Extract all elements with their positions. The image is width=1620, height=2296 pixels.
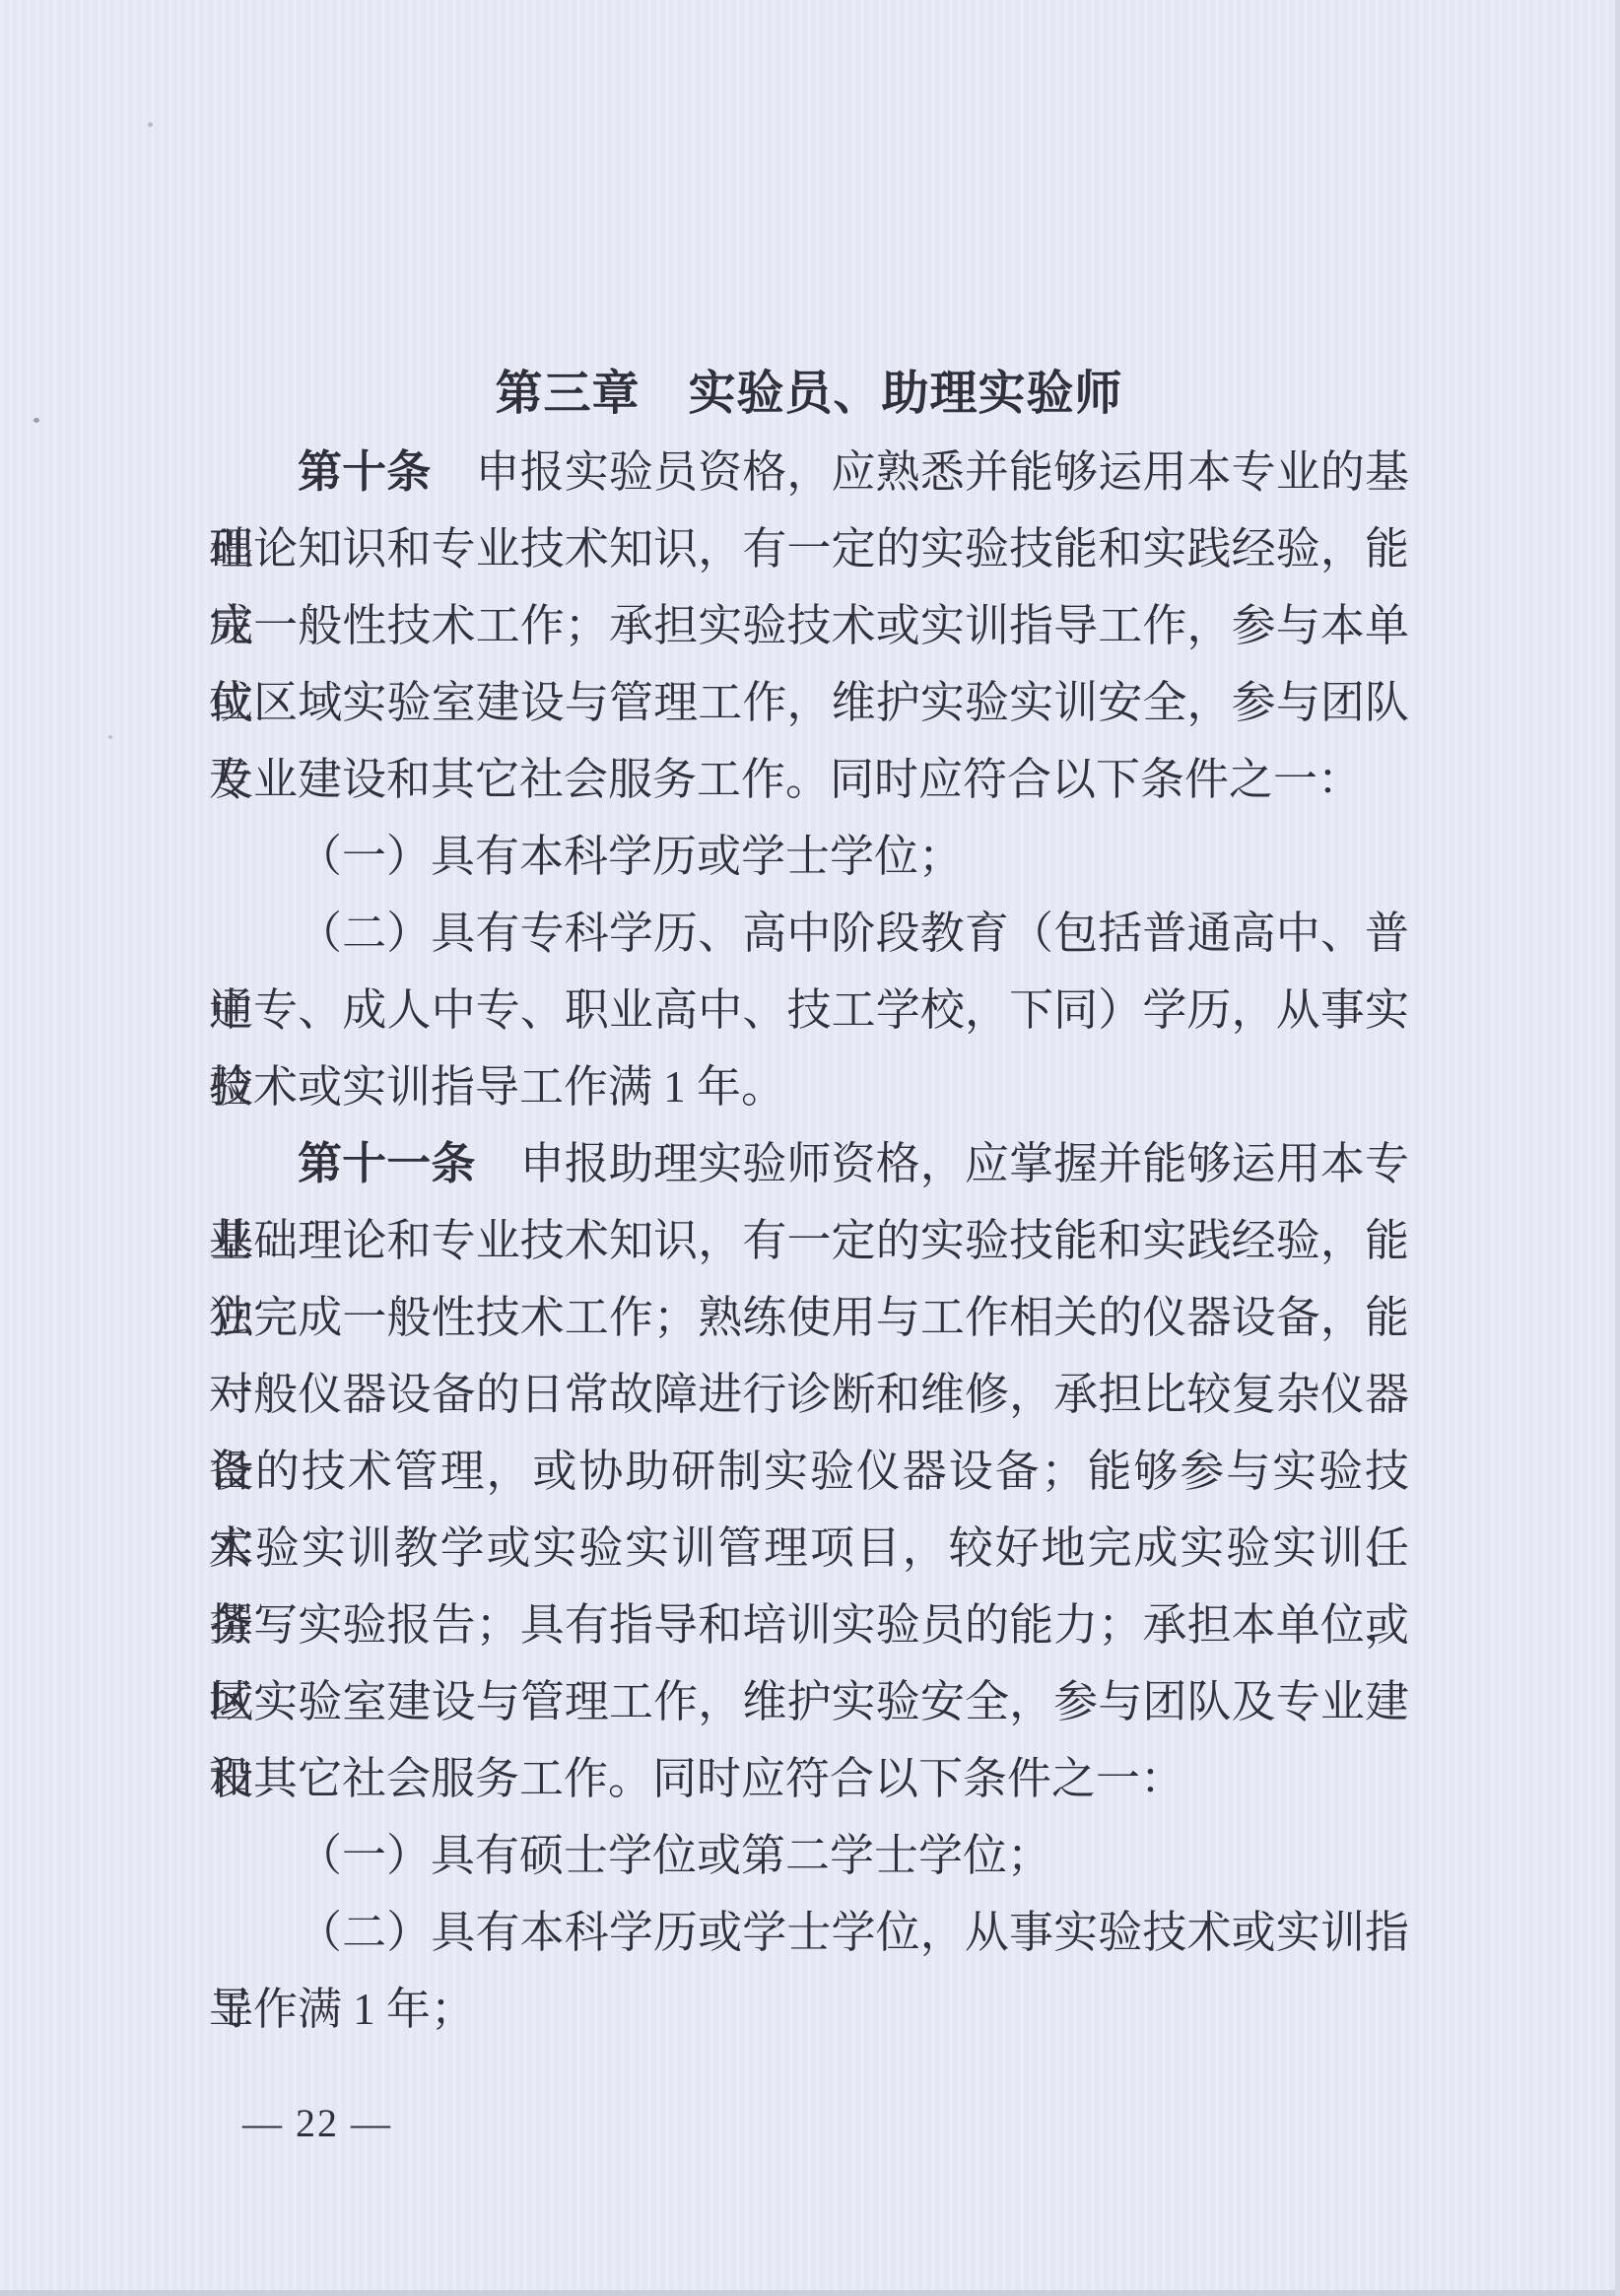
text-line: 和其它社会服务工作。同时应符合以下条件之一： xyxy=(209,1740,1409,1817)
text-line: 理论知识和专业技术知识，有一定的实验技能和实践经验，能完 xyxy=(209,510,1409,587)
line-text: 技术或实训指导工作满 1 年。 xyxy=(209,1062,785,1112)
text-line: 中专、成人中专、职业高中、技工学校，下同）学历，从事实验 xyxy=(209,972,1409,1048)
text-line: 撰写实验报告；具有指导和培训实验员的能力；承担本单位或区 xyxy=(209,1587,1409,1663)
text-line: （一）具有硕士学位或第二学士学位； xyxy=(209,1817,1409,1894)
text-line: 第十条 申报实验员资格，应熟悉并能够运用本专业的基础 xyxy=(209,434,1409,510)
scan-speck xyxy=(148,122,153,127)
text-line: 立完成一般性技术工作；熟练使用与工作相关的仪器设备，能对 xyxy=(209,1279,1409,1356)
line-text: （一）具有硕士学位或第二学士学位； xyxy=(298,1831,1051,1880)
text-line: （二）具有本科学历或学士学位，从事实验技术或实训指导 xyxy=(209,1894,1409,1971)
text-line: 基础理论和专业技术知识，有一定的实验技能和实践经验，能独 xyxy=(209,1202,1409,1279)
document-body: 第十条 申报实验员资格，应熟悉并能够运用本专业的基础 理论知识和专业技术知识，有… xyxy=(209,434,1409,2048)
text-line: 或区域实验室建设与管理工作，维护实验实训安全，参与团队及 xyxy=(209,664,1409,741)
article-number: 第十条 xyxy=(298,446,431,497)
scan-speck xyxy=(34,418,39,423)
scan-edge-artifact xyxy=(1615,0,1620,2296)
text-line: （二）具有专科学历、高中阶段教育（包括普通高中、普通 xyxy=(209,895,1409,972)
scan-edge-artifact xyxy=(0,2290,1620,2296)
article-number: 第十一条 xyxy=(298,1138,476,1188)
text-line: 一般仪器设备的日常故障进行诊断和维修，承担比较复杂仪器设 xyxy=(209,1356,1409,1433)
line-text: 和其它社会服务工作。同时应符合以下条件之一： xyxy=(209,1754,1184,1803)
chapter-title: 第三章 实验员、助理实验师 xyxy=(209,363,1409,426)
line-text: 工作满 1 年； xyxy=(209,1985,475,2034)
text-line: 第十一条 申报助理实验师资格，应掌握并能够运用本专业 xyxy=(209,1125,1409,1202)
text-line: 实验实训教学或实验实训管理项目，较好地完成实验实训任务， xyxy=(209,1510,1409,1587)
line-text: 专业建设和其它社会服务工作。同时应符合以下条件之一： xyxy=(209,755,1362,804)
scanned-document-page: { "page": { "background_color": "#e8ebf6… xyxy=(0,0,1620,2296)
text-line: 成一般性技术工作；承担实验技术或实训指导工作，参与本单位 xyxy=(209,587,1409,664)
text-line: 工作满 1 年； xyxy=(209,1971,1409,2048)
scan-speck xyxy=(108,735,112,739)
text-line: 域实验室建设与管理工作，维护实验安全，参与团队及专业建设 xyxy=(209,1663,1409,1740)
text-line: 技术或实训指导工作满 1 年。 xyxy=(209,1048,1409,1125)
text-line: （一）具有本科学历或学士学位； xyxy=(209,818,1409,895)
line-text: （一）具有本科学历或学士学位； xyxy=(298,832,963,881)
text-line: 备的技术管理，或协助研制实验仪器设备；能够参与实验技术、 xyxy=(209,1433,1409,1510)
page-number: — 22 — xyxy=(242,2095,392,2152)
text-line: 专业建设和其它社会服务工作。同时应符合以下条件之一： xyxy=(209,741,1409,818)
